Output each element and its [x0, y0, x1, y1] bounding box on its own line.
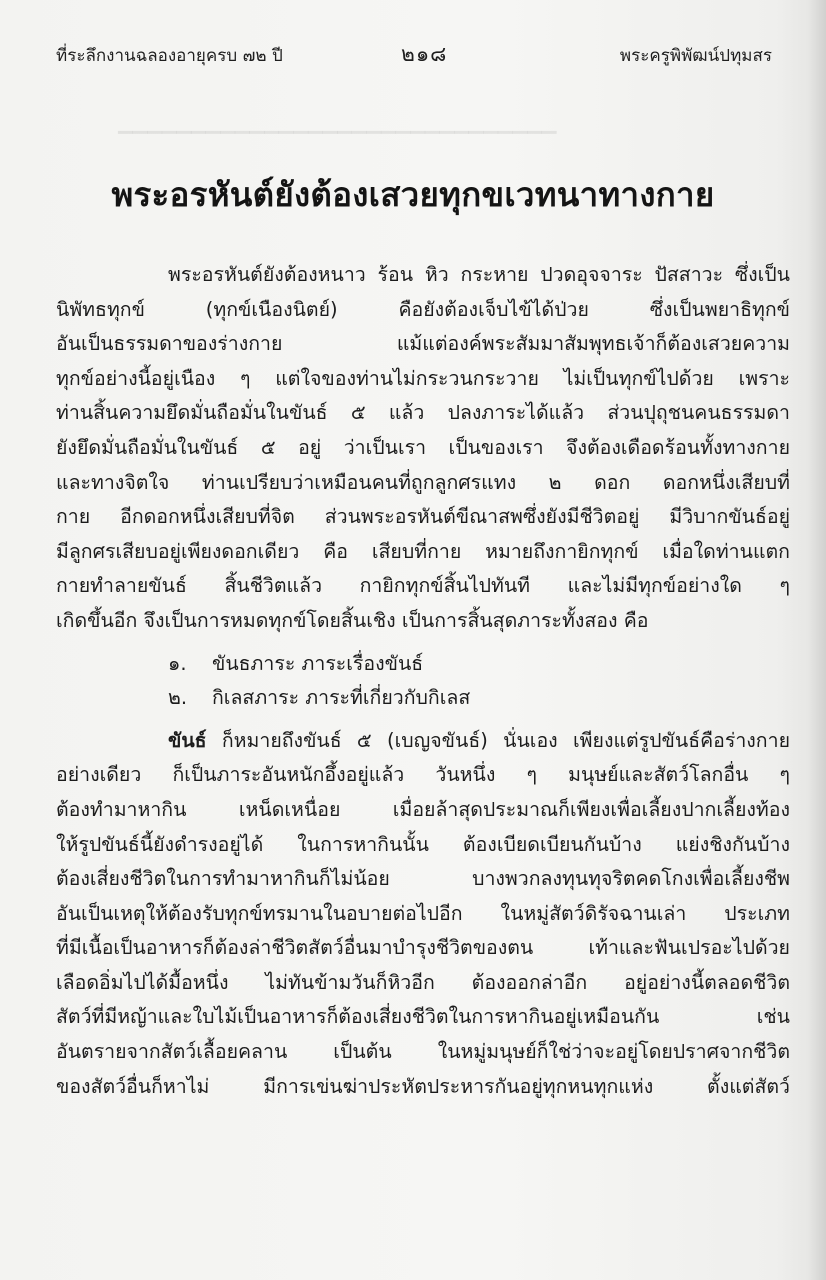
text-line: มีลูกศรเสียบอยู่เพียงดอกเดียว คือ เสียบท…: [56, 535, 790, 570]
show-through-text: ▁▁▁▁▁▁▁▁▁▁▁▁▁▁▁▁▁▁▁▁▁▁▁▁▁▁▁▁▁▁: [118, 112, 556, 134]
burden-list: ๑.ขันธภาระ ภาระเรื่องขันธ์ ๒.กิเลสภาระ ภ…: [56, 647, 790, 716]
text-line: อย่างเดียว ก็เป็นภาระอันหนักอึ้งอยู่แล้ว…: [56, 758, 790, 793]
text-line: กายทำลายขันธ์ สิ้นชีวิตแล้ว กายิกทุกข์สิ…: [56, 569, 790, 604]
list-text: กิเลสภาระ ภาระที่เกี่ยวกับกิเลส: [212, 686, 470, 709]
text-line: ต้องเสี่ยงชีวิตในการทำมาหากินก็ไม่น้อย บ…: [56, 862, 790, 897]
text-line: กาย อีกดอกหนึ่งเสียบที่จิต ส่วนพระอรหันต…: [56, 500, 790, 535]
list-number: ๑.: [168, 647, 212, 682]
text-segment: ก็หมายถึงขันธ์ ๕ (เบญจขันธ์) นั่นเอง เพี…: [207, 729, 790, 752]
header-author: พระครูพิพัฒน์ปทุมสร: [620, 42, 772, 69]
text-line: อันเป็นธรรมดาของร่างกาย แม้แต่องค์พระสัม…: [56, 327, 790, 362]
text-line: พระอรหันต์ยังต้องหนาว ร้อน หิว กระหาย ปว…: [56, 258, 790, 293]
text-line: เกิดขึ้นอีก จึงเป็นการหมดทุกข์โดยสิ้นเชิ…: [56, 604, 790, 639]
text-line: และทางจิตใจ ท่านเปรียบว่าเหมือนคนที่ถูกล…: [56, 466, 790, 501]
chapter-title: พระอรหันต์ยังต้องเสวยทุกขเวทนาทางกาย: [0, 168, 826, 221]
text-line: ต้องทำมาหากิน เหน็ดเหนื่อย เมื่อยล้าสุดป…: [56, 793, 790, 828]
term-khandha: ขันธ์: [168, 729, 207, 752]
list-number: ๒.: [168, 681, 212, 716]
book-page: ▁▁▁▁▁▁▁▁▁▁▁▁▁▁▁▁▁▁▁▁▁▁▁▁▁▁▁▁▁▁ ที่ระลึกง…: [0, 0, 826, 1280]
text-line: ท่านสิ้นความยึดมั่นถือมั่นในขันธ์ ๕ แล้ว…: [56, 396, 790, 431]
text-line: ของสัตว์อื่นก็หาไม่ มีการเข่นฆ่าประหัตปร…: [56, 1070, 790, 1105]
body-text: พระอรหันต์ยังต้องหนาว ร้อน หิว กระหาย ปว…: [56, 258, 790, 1104]
spacer: [56, 639, 790, 647]
text-line: ขันธ์ ก็หมายถึงขันธ์ ๕ (เบญจขันธ์) นั่นเ…: [56, 724, 790, 759]
paragraph-1: พระอรหันต์ยังต้องหนาว ร้อน หิว กระหาย ปว…: [56, 258, 790, 639]
list-text: ขันธภาระ ภาระเรื่องขันธ์: [212, 652, 423, 675]
list-item: ๑.ขันธภาระ ภาระเรื่องขันธ์: [56, 647, 790, 682]
text-line: เลือดอิ่มไปได้มื้อหนึ่ง ไม่ทันข้ามวันก็ห…: [56, 966, 790, 1001]
text-line: อันตรายจากสัตว์เลื้อยคลาน เป็นต้น ในหมู่…: [56, 1035, 790, 1070]
list-item: ๒.กิเลสภาระ ภาระที่เกี่ยวกับกิเลส: [56, 681, 790, 716]
text-line: นิพัทธทุกข์ (ทุกข์เนืองนิตย์) คือยังต้อง…: [56, 293, 790, 328]
paragraph-2: ขันธ์ ก็หมายถึงขันธ์ ๕ (เบญจขันธ์) นั่นเ…: [56, 724, 790, 1105]
text-line: ที่มีเนื้อเป็นอาหารก็ต้องล่าชีวิตสัตว์อื…: [56, 931, 790, 966]
text-line: สัตว์ที่มีหญ้าและใบไม้เป็นอาหารก็ต้องเสี…: [56, 1000, 790, 1035]
text-line: ให้รูปขันธ์นี้ยังดำรงอยู่ได้ ในการหากินน…: [56, 828, 790, 863]
text-line: ยังยึดมั่นถือมั่นในขันธ์ ๕ อยู่ ว่าเป็นเ…: [56, 431, 790, 466]
spacer: [56, 716, 790, 724]
text-line: อันเป็นเหตุให้ต้องรับทุกข์ทรมานในอบายต่อ…: [56, 897, 790, 932]
text-line: ทุกข์อย่างนี้อยู่เนือง ๆ แต่ใจของท่านไม่…: [56, 362, 790, 397]
header-book-title: ที่ระลึกงานฉลองอายุครบ ๗๒ ปี: [56, 42, 283, 69]
running-header: ที่ระลึกงานฉลองอายุครบ ๗๒ ปี ๒๑๘ พระครูพ…: [56, 36, 772, 70]
page-number: ๒๑๘: [401, 38, 447, 71]
